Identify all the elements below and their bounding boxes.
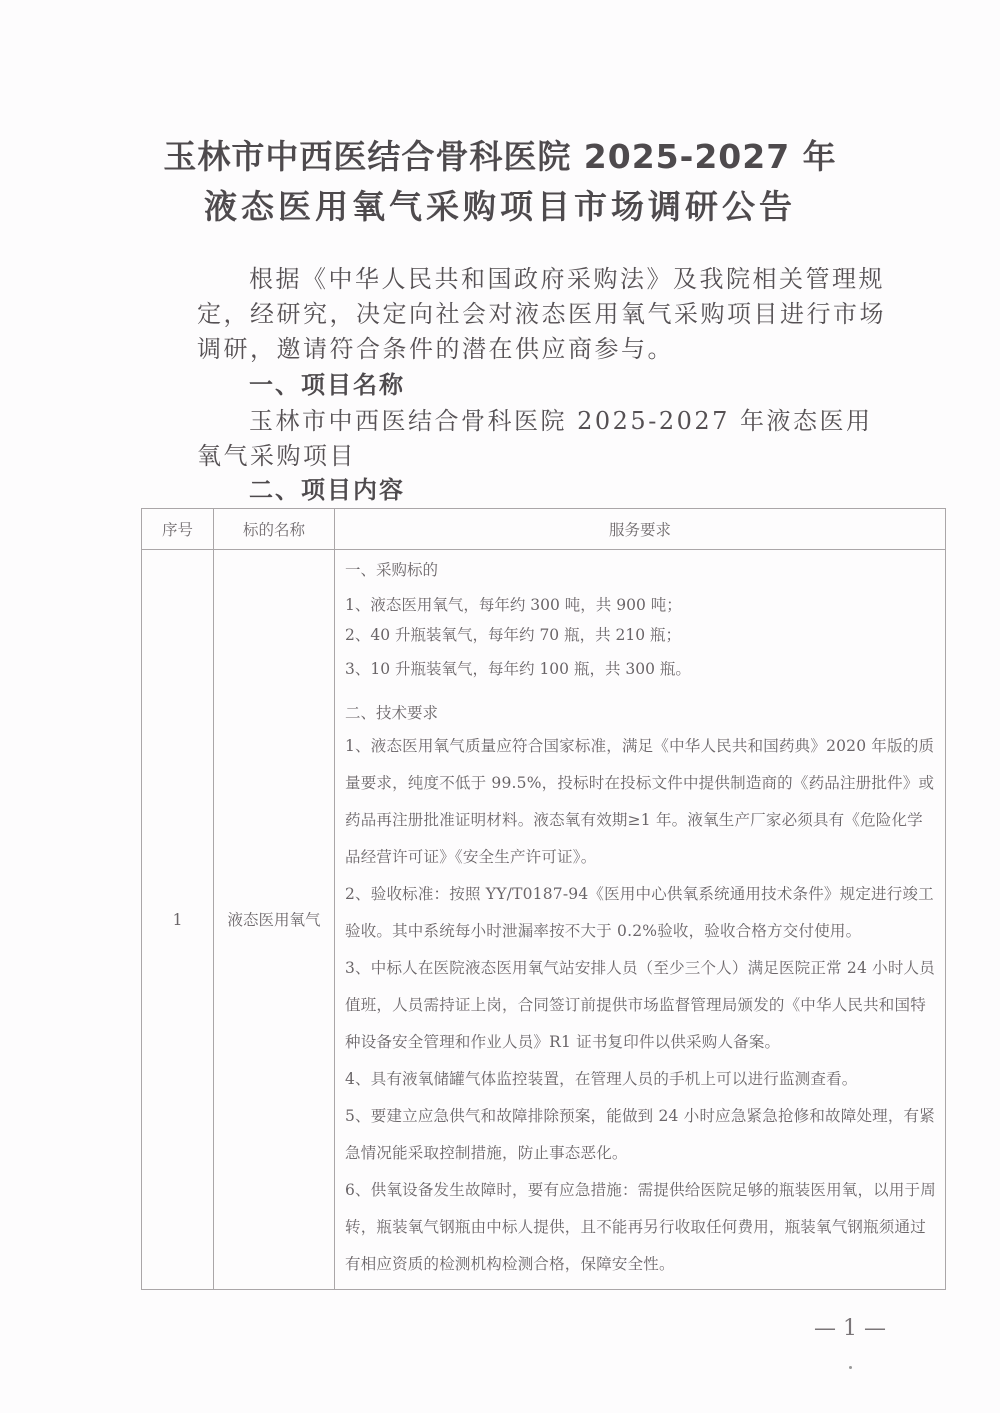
tech-item: 3、中标人在医院液态医用氧气站安排人员（至少三个人）满足医院正常 24 小时人员… <box>345 950 937 1061</box>
procurement-item: 2、40 升瓶装氧气，每年约 70 瓶，共 210 瓶； <box>345 620 937 650</box>
title-line-1: 玉林市中西医结合骨科医院 2025-2027 年 <box>0 132 1000 182</box>
table-row: 1 液态医用氧气 一、采购标的 1、液态医用氧气，每年约 300 吨，共 900… <box>142 550 946 1290</box>
header-index: 序号 <box>142 509 214 550</box>
procurement-heading: 一、采购标的 <box>345 556 937 584</box>
section-heading-project-name: 一、项目名称 <box>249 369 405 401</box>
tech-item: 2、验收标准：按照 YY/T0187-94《医用中心供氧系统通用技术条件》规定进… <box>345 876 937 950</box>
project-name-text: 玉林市中西医结合骨科医院 2025-2027 年液态医用氧气采购项目 <box>197 404 897 474</box>
row-index: 1 <box>142 550 214 1290</box>
tech-heading: 二、技术要求 <box>345 698 937 728</box>
intro-paragraph: 根据《中华人民共和国政府采购法》及我院相关管理规定，经研究，决定向社会对液态医用… <box>197 262 897 367</box>
title-line-2: 液态医用氧气采购项目市场调研公告 <box>0 182 1000 232</box>
table-header-row: 序号 标的名称 服务要求 <box>142 509 946 550</box>
tech-item: 1、液态医用氧气质量应符合国家标准，满足《中华人民共和国药典》2020 年版的质… <box>345 728 937 876</box>
tech-item: 5、要建立应急供气和故障排除预案，能做到 24 小时应急紧急抢修和故障处理，有紧… <box>345 1098 937 1172</box>
tech-item: 4、具有液氧储罐气体监控装置，在管理人员的手机上可以进行监测查看。 <box>345 1061 937 1098</box>
procurement-items: 1、液态医用氧气，每年约 300 吨，共 900 吨； 2、40 升瓶装氧气，每… <box>345 590 937 684</box>
scan-speck <box>849 1366 852 1369</box>
requirements-table: 序号 标的名称 服务要求 1 液态医用氧气 一、采购标的 1、液态医用氧气，每年… <box>141 508 946 1290</box>
section-heading-project-content: 二、项目内容 <box>249 474 405 506</box>
document-title: 玉林市中西医结合骨科医院 2025-2027 年 液态医用氧气采购项目市场调研公… <box>0 132 1000 232</box>
procurement-item: 3、10 升瓶装氧气，每年约 100 瓶，共 300 瓶。 <box>345 654 937 684</box>
row-requirements: 一、采购标的 1、液态医用氧气，每年约 300 吨，共 900 吨； 2、40 … <box>335 550 946 1290</box>
procurement-item: 1、液态医用氧气，每年约 300 吨，共 900 吨； <box>345 590 937 620</box>
row-item-name: 液态医用氧气 <box>214 550 335 1290</box>
tech-item: 6、供氧设备发生故障时，要有应急措施：需提供给医院足够的瓶装医用氧，以用于周转，… <box>345 1172 937 1283</box>
page-number: — 1 — <box>800 1316 900 1341</box>
tech-items: 1、液态医用氧气质量应符合国家标准，满足《中华人民共和国药典》2020 年版的质… <box>345 728 937 1283</box>
header-service-requirements: 服务要求 <box>335 509 946 550</box>
header-item-name: 标的名称 <box>214 509 335 550</box>
